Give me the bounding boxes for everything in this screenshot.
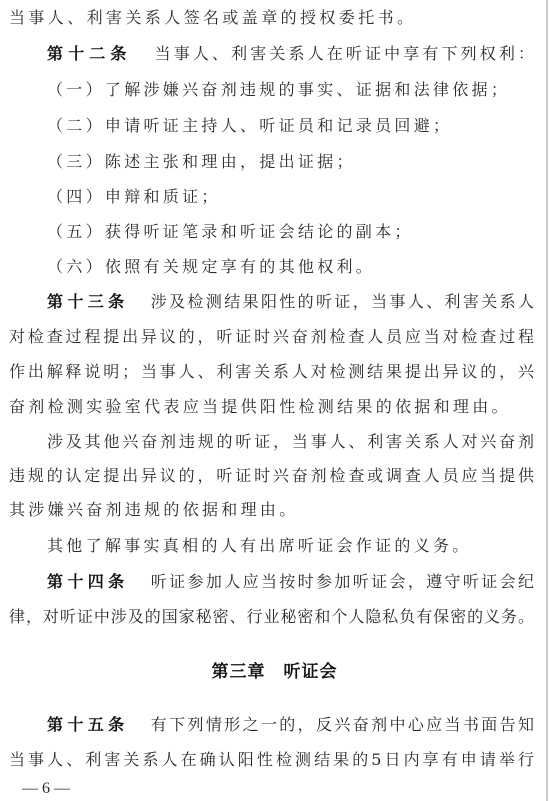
article-15-heading: 第十五条 bbox=[47, 715, 128, 734]
chapter-title: 听证会 bbox=[284, 662, 338, 682]
article-14-text: 听证参加人应当按时参加听证会，遵守听证会纪 bbox=[148, 572, 534, 591]
article-12-text: 当事人、利害关系人在听证中享有下列权利： bbox=[152, 44, 534, 63]
article-13-paragraph: 第十三条涉及检测结果阳性的听证，当事人、利害关系人 bbox=[47, 290, 534, 314]
right-item-3: （三）陈述主张和理由，提出证据； bbox=[47, 150, 534, 174]
article-13-heading: 第十三条 bbox=[47, 292, 128, 311]
chapter-number: 第三章 bbox=[212, 662, 266, 682]
right-item-1: （一）了解涉嫌兴奋剂违规的事实、证据和法律依据； bbox=[47, 78, 534, 102]
article-13-para3: 其他了解事实真相的人有出席听证会作证的义务。 bbox=[47, 534, 534, 558]
page-edge-divider bbox=[546, 0, 548, 801]
article-13-line-2: 对检查过程提出异议的，听证时兴奋剂检查人员应当对检查过程 bbox=[9, 325, 534, 349]
article-13-para2-line-3: 其涉嫌兴奋剂违规的依据和理由。 bbox=[9, 498, 534, 522]
article-15-text: 有下列情形之一的，反兴奋剂中心应当书面告知 bbox=[148, 715, 534, 734]
article-14-line-2: 律，对听证中涉及的国家秘密、行业秘密和个人隐私负有保密的义务。 bbox=[9, 605, 534, 629]
chapter-heading: 第三章听证会 bbox=[0, 660, 549, 684]
article-15-paragraph: 第十五条有下列情形之一的，反兴奋剂中心应当书面告知 bbox=[47, 713, 534, 737]
document-page: 当事人、利害关系人签名或盖章的授权委托书。 第十二条当事人、利害关系人在听证中享… bbox=[0, 0, 549, 801]
right-item-4: （四）申辩和质证； bbox=[47, 185, 534, 209]
right-item-2: （二）申请听证主持人、听证员和记录员回避； bbox=[47, 114, 534, 138]
article-15-line-2: 当事人、利害关系人在确认阳性检测结果的5日内享有申请举行 bbox=[9, 748, 534, 772]
article-13-para2-line-2: 违规的认定提出异议的，听证时兴奋剂检查或调查人员应当提供 bbox=[9, 464, 534, 488]
article-13-para2-line-1: 涉及其他兴奋剂违规的听证，当事人、利害关系人对兴奋剂 bbox=[47, 430, 534, 454]
page-number: — 6 — bbox=[22, 778, 70, 800]
article-12-heading: 第十二条 bbox=[47, 44, 132, 63]
article-14-heading: 第十四条 bbox=[47, 572, 128, 591]
article-13-line-4: 奋剂检测实验室代表应当提供阳性检测结果的依据和理由。 bbox=[9, 395, 534, 419]
right-item-6: （六）依照有关规定享有的其他权利。 bbox=[47, 255, 534, 279]
article-13-text: 涉及检测结果阳性的听证，当事人、利害关系人 bbox=[148, 292, 534, 311]
article-13-line-3: 作出解释说明；当事人、利害关系人对检测结果提出异议的，兴 bbox=[9, 360, 534, 384]
text-line-authorization: 当事人、利害关系人签名或盖章的授权委托书。 bbox=[9, 6, 339, 30]
article-14-paragraph: 第十四条听证参加人应当按时参加听证会，遵守听证会纪 bbox=[47, 570, 534, 594]
right-item-5: （五）获得听证笔录和听证会结论的副本； bbox=[47, 220, 534, 244]
article-12-paragraph: 第十二条当事人、利害关系人在听证中享有下列权利： bbox=[47, 42, 534, 66]
